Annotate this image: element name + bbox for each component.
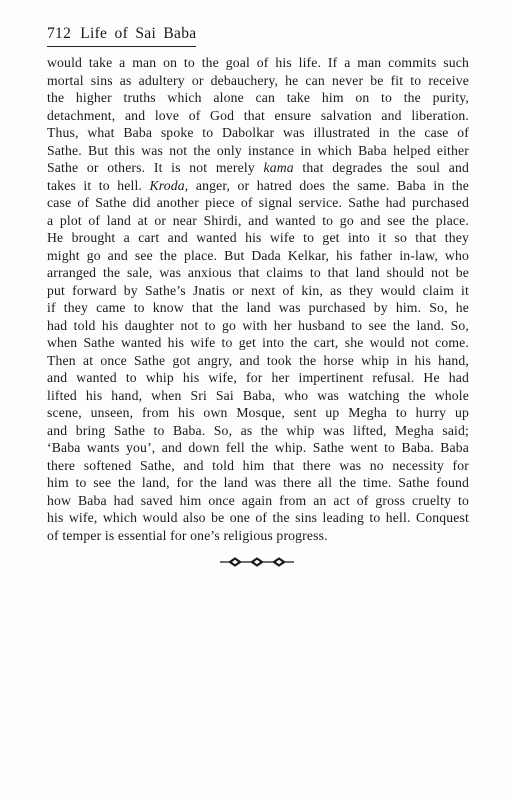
- text-segment: takes it to hell.: [47, 178, 149, 193]
- text-segment: case of Sathe did another piece of signa…: [47, 195, 469, 210]
- text-line: He brought a cart and wanted his wife to…: [47, 229, 469, 247]
- text-line: case of Sathe did another piece of signa…: [47, 194, 469, 212]
- page-number: 712: [47, 25, 71, 42]
- running-title: Life of Sai Baba: [80, 25, 196, 42]
- text-segment: detachment, and love of God that ensure …: [47, 108, 469, 123]
- text-line: a plot of land at or near Shirdi, and wa…: [47, 212, 469, 230]
- text-line: of temper is essential for one’s religio…: [47, 527, 469, 545]
- text-segment: him to see the land, for the land was th…: [47, 475, 469, 490]
- text-segment: his wife, which would also be one of the…: [47, 510, 469, 525]
- text-line: scene, unseen, from his own Mosque, sent…: [47, 404, 469, 422]
- text-line: his wife, which would also be one of the…: [47, 509, 469, 527]
- text-segment: arranged the sale, was anxious that clai…: [47, 265, 469, 280]
- text-segment: Thus, what Baba spoke to Dabolkar was il…: [47, 125, 469, 140]
- text-line: ‘Baba wants you’, and down fell the whip…: [47, 439, 469, 457]
- text-segment: Then at once Sathe got angry, and took t…: [47, 353, 469, 368]
- text-segment: scene, unseen, from his own Mosque, sent…: [47, 405, 469, 420]
- text-segment: anger, or hatred does the same. Baba in …: [188, 178, 469, 193]
- text-segment: lifted his hand, when Sri Sai Baba, who …: [47, 388, 469, 403]
- text-line: if they came to know that the land was p…: [47, 299, 469, 317]
- text-line: there softened Sathe, and told him that …: [47, 457, 469, 475]
- italic-term: Kroda,: [149, 178, 188, 193]
- text-line: Then at once Sathe got angry, and took t…: [47, 352, 469, 370]
- text-segment: if they came to know that the land was p…: [47, 300, 469, 315]
- text-segment: how Baba had saved him once again from a…: [47, 493, 469, 508]
- text-line: him to see the land, for the land was th…: [47, 474, 469, 492]
- text-line: arranged the sale, was anxious that clai…: [47, 264, 469, 282]
- text-line: Sathe. But this was not the only instanc…: [47, 142, 469, 160]
- diamond-fleuron-icon: [219, 555, 295, 569]
- text-line: might go and see the place. But Dada Kel…: [47, 247, 469, 265]
- text-segment: that degrades the soul and: [294, 160, 469, 175]
- text-segment: when Sathe wanted his wife to get into t…: [47, 335, 469, 350]
- section-divider: [0, 553, 514, 571]
- text-segment: mortal sins as adultery or debauchery, h…: [47, 73, 469, 88]
- text-line: put forward by Sathe’s Jnatis or next of…: [47, 282, 469, 300]
- text-line: lifted his hand, when Sri Sai Baba, who …: [47, 387, 469, 405]
- text-line: takes it to hell. Kroda, anger, or hatre…: [47, 177, 469, 195]
- text-segment: had told his daughter not to go with her…: [47, 318, 469, 333]
- text-segment: of temper is essential for one’s religio…: [47, 528, 328, 543]
- text-line: and wanted to whip his wife, for her imp…: [47, 369, 469, 387]
- text-segment: might go and see the place. But Dada Kel…: [47, 248, 469, 263]
- text-line: had told his daughter not to go with her…: [47, 317, 469, 335]
- text-line: Sathe or others. It is not merely kama t…: [47, 159, 469, 177]
- text-segment: there softened Sathe, and told him that …: [47, 458, 469, 473]
- text-line: mortal sins as adultery or debauchery, h…: [47, 72, 469, 90]
- book-page: 712Life of Sai Baba would take a man on …: [0, 0, 514, 800]
- page-header: 712Life of Sai Baba: [47, 25, 196, 47]
- text-segment: the higher truths which alone can take h…: [47, 90, 469, 105]
- italic-term: kama: [263, 160, 293, 175]
- text-segment: and wanted to whip his wife, for her imp…: [47, 370, 469, 385]
- text-line: and bring Sathe to Baba. So, as the whip…: [47, 422, 469, 440]
- text-segment: put forward by Sathe’s Jnatis or next of…: [47, 283, 469, 298]
- text-segment: a plot of land at or near Shirdi, and wa…: [47, 213, 469, 228]
- body-text: would take a man on to the goal of his l…: [47, 54, 469, 544]
- text-line: how Baba had saved him once again from a…: [47, 492, 469, 510]
- text-line: when Sathe wanted his wife to get into t…: [47, 334, 469, 352]
- text-line: the higher truths which alone can take h…: [47, 89, 469, 107]
- text-line: would take a man on to the goal of his l…: [47, 54, 469, 72]
- text-segment: and bring Sathe to Baba. So, as the whip…: [47, 423, 469, 438]
- text-segment: Sathe or others. It is not merely: [47, 160, 263, 175]
- text-segment: would take a man on to the goal of his l…: [47, 55, 469, 70]
- text-segment: He brought a cart and wanted his wife to…: [47, 230, 469, 245]
- text-line: detachment, and love of God that ensure …: [47, 107, 469, 125]
- text-segment: ‘Baba wants you’, and down fell the whip…: [47, 440, 469, 455]
- text-segment: Sathe. But this was not the only instanc…: [47, 143, 469, 158]
- text-line: Thus, what Baba spoke to Dabolkar was il…: [47, 124, 469, 142]
